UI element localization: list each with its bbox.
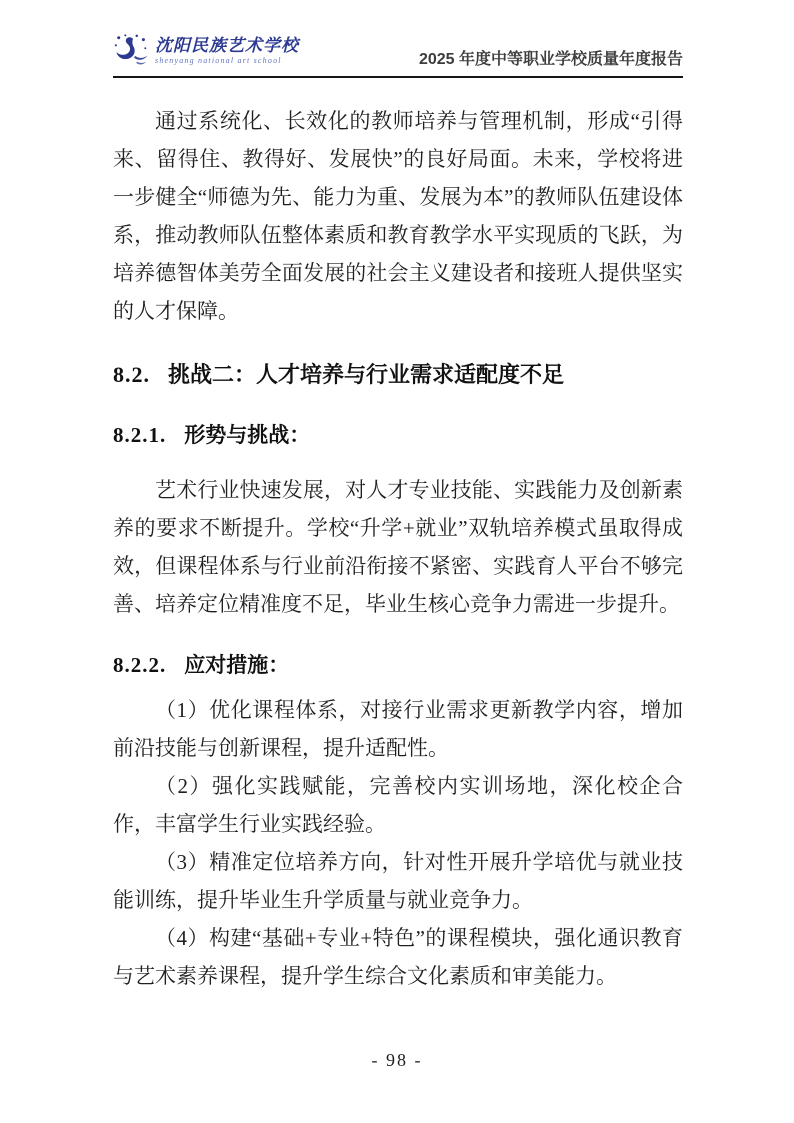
school-name-english: shenyang national art school	[155, 57, 299, 65]
intro-paragraph: 通过系统化、长效化的教师培养与管理机制，形成“引得来、留得住、教得好、发展快”的…	[113, 102, 683, 330]
section-title: 挑战二：人才培养与行业需求适配度不足	[168, 357, 564, 393]
school-logo: 沈阳民族艺术学校 shenyang national art school	[113, 33, 299, 71]
section-title: 应对措施：	[184, 648, 289, 682]
section-heading-8-2-2: 8.2.2. 应对措施：	[113, 648, 683, 682]
school-name: 沈阳民族艺术学校	[155, 37, 299, 54]
section-title: 形势与挑战：	[184, 418, 310, 452]
section-number: 8.2.	[113, 357, 150, 393]
situation-paragraph: 艺术行业快速发展，对人才专业技能、实践能力及创新素养的要求不断提升。学校“升学+…	[113, 471, 683, 623]
report-page: 沈阳民族艺术学校 shenyang national art school 20…	[0, 0, 794, 1123]
swan-logo-icon	[113, 33, 151, 71]
section-number: 8.2.2.	[113, 648, 166, 682]
measure-item-2: （2）强化实践赋能，完善校内实训场地，深化校企合作，丰富学生行业实践经验。	[113, 767, 683, 843]
measure-item-4: （4）构建“基础+专业+特色”的课程模块，强化通识教育与艺术素养课程，提升学生综…	[113, 919, 683, 995]
report-title: 2025 年度中等职业学校质量年度报告	[419, 46, 683, 71]
section-heading-8-2: 8.2. 挑战二：人才培养与行业需求适配度不足	[113, 357, 683, 393]
measures-list: （1）优化课程体系，对接行业需求更新教学内容，增加前沿技能与创新课程，提升适配性…	[113, 691, 683, 995]
page-number: - 98 -	[0, 1050, 794, 1071]
school-logo-text: 沈阳民族艺术学校 shenyang national art school	[155, 37, 299, 65]
section-number: 8.2.1.	[113, 418, 166, 452]
section-heading-8-2-1: 8.2.1. 形势与挑战：	[113, 418, 683, 452]
page-header: 沈阳民族艺术学校 shenyang national art school 20…	[113, 30, 683, 78]
measure-item-1: （1）优化课程体系，对接行业需求更新教学内容，增加前沿技能与创新课程，提升适配性…	[113, 691, 683, 767]
document-body: 通过系统化、长效化的教师培养与管理机制，形成“引得来、留得住、教得好、发展快”的…	[113, 102, 683, 995]
measure-item-3: （3）精准定位培养方向，针对性开展升学培优与就业技能训练，提升毕业生升学质量与就…	[113, 843, 683, 919]
